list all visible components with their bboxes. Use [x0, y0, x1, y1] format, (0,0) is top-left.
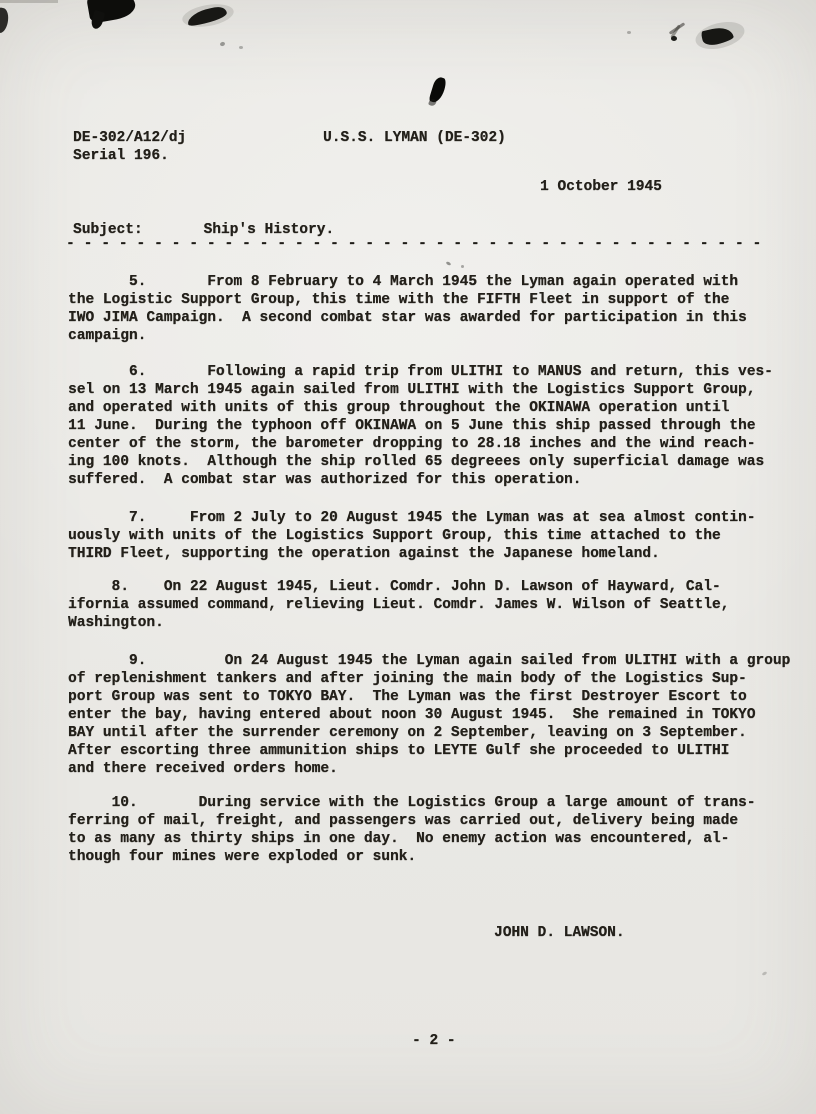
divider-dashes: - - - - - - - - - - - - - - - - - - - - … — [66, 235, 761, 253]
document-page: DE-302/A12/dj Serial 196. U.S.S. LYMAN (… — [0, 0, 816, 1114]
edge-tear-mark — [0, 7, 10, 34]
ink-blot-tail — [428, 98, 437, 107]
speck-top-left-1 — [219, 41, 225, 46]
speck-top-left-2 — [239, 46, 243, 49]
paragraph-8: 8. On 22 August 1945, Lieut. Comdr. John… — [68, 578, 729, 632]
ship-title: U.S.S. LYMAN (DE-302) — [323, 129, 506, 147]
serial-number: Serial 196. — [73, 147, 169, 165]
scan-edge-shadow — [0, 0, 58, 3]
document-date: 1 October 1945 — [540, 178, 662, 196]
paragraph-10: 10. During service with the Logistics Gr… — [68, 794, 755, 866]
speck-above-para-5b — [461, 265, 464, 268]
speck-top-right — [627, 31, 631, 34]
pencil-mark-dot — [671, 36, 677, 41]
page-number: - 2 - — [412, 1032, 456, 1050]
paragraph-9: 9. On 24 August 1945 the Lyman again sai… — [68, 652, 790, 778]
paragraph-5: 5. From 8 February to 4 March 1945 the L… — [68, 273, 747, 345]
signature: JOHN D. LAWSON. — [494, 924, 625, 942]
speck-above-para-5 — [446, 261, 452, 266]
file-reference: DE-302/A12/dj — [73, 129, 186, 147]
paragraph-7: 7. From 2 July to 20 August 1945 the Lym… — [68, 509, 755, 563]
speck-bottom-right — [762, 971, 768, 976]
paragraph-6: 6. Following a rapid trip from ULITHI to… — [68, 363, 773, 489]
